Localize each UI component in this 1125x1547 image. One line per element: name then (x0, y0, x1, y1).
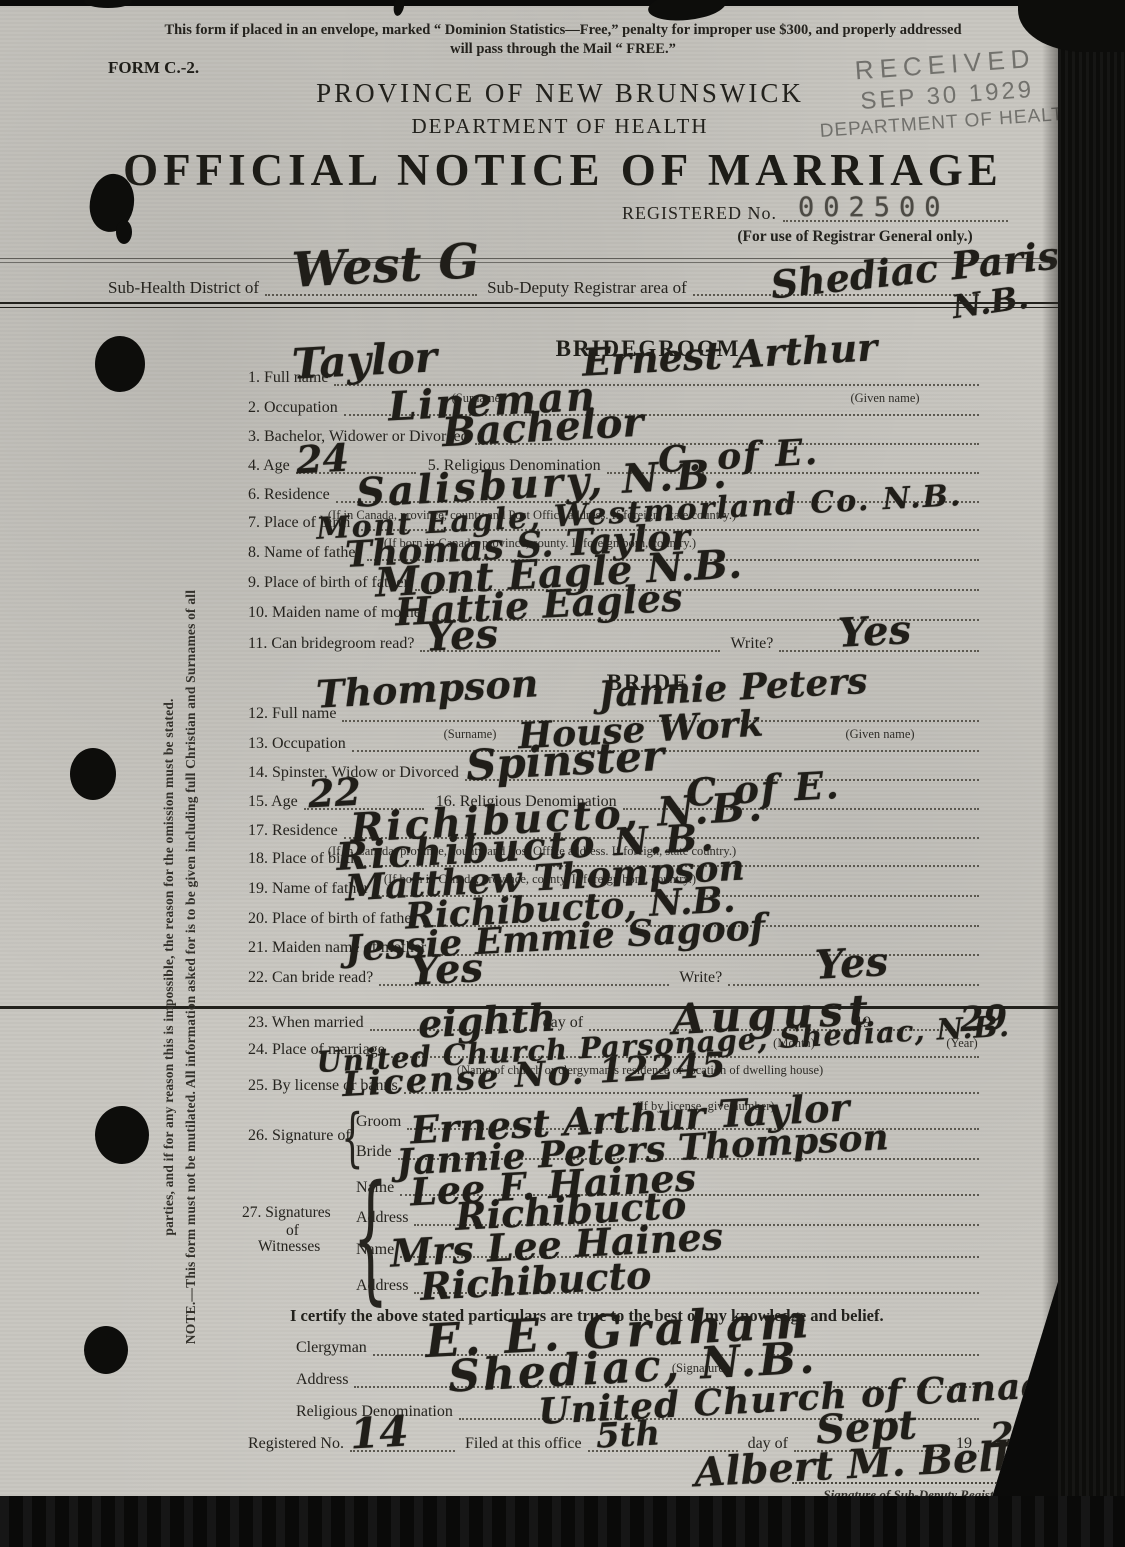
mail-notice-line2: will pass through the Mail “ FREE.” (450, 41, 676, 58)
registrar-only-note: (For use of Registrar General only.) (737, 228, 972, 246)
mail-notice-line1: This form if placed in an envelope, mark… (164, 22, 961, 39)
field-label: 23. When married (248, 1015, 364, 1033)
witnesses-label-line1: 27. Signatures (242, 1204, 331, 1222)
name-label: Name (356, 1242, 394, 1260)
document-title: OFFICIAL NOTICE OF MARRIAGE (123, 144, 1003, 196)
field-label: 3. Bachelor, Widower or Divorced (248, 429, 469, 447)
field-label: 15. Age (248, 794, 298, 812)
sub-deputy-area-label: Sub-Deputy Registrar area of (487, 279, 687, 298)
clergyman-label: Clergyman (296, 1340, 367, 1358)
ink-blot (116, 220, 132, 244)
province-title: PROVINCE OF NEW BRUNSWICK (316, 78, 804, 109)
handwriting-bg-status: Bachelor (441, 403, 644, 453)
rule-line (0, 302, 1058, 304)
handwriting-registered-no: 14 (349, 1410, 410, 1455)
name-label: Name (356, 1180, 394, 1198)
sub-health-district-label: Sub-Health District of (108, 279, 259, 298)
punch-hole (95, 336, 145, 392)
scan-edge-bottom (0, 1496, 1125, 1547)
field-label: 13. Occupation (248, 736, 346, 754)
registered-label: Registered No. (248, 1436, 344, 1454)
handwriting-br-can-read: Yes (409, 948, 484, 992)
margin-note-line1: NOTE.—This form must not be mutilated. A… (180, 546, 202, 1388)
margin-note: parties, and if for any reason this is i… (158, 546, 204, 1388)
registered-no-label: REGISTERED No. (622, 204, 777, 224)
handwriting-bg-can-read: Yes (424, 614, 499, 658)
punch-hole (84, 1326, 128, 1374)
handwriting-br-can-write: Yes (814, 942, 889, 986)
paper-edge-shadow (1042, 6, 1058, 1496)
field-label: 4. Age (248, 458, 290, 476)
department-title: DEPARTMENT OF HEALTH (412, 114, 709, 139)
handwriting-br-status: Spinster (465, 735, 665, 787)
punch-hole (70, 748, 116, 800)
groom-label: Groom (356, 1114, 401, 1132)
handwriting-witness2-address: Richibucto (419, 1256, 652, 1306)
handwriting-bg-age: 24 (295, 439, 350, 480)
margin-note-line2: parties, and if for any reason this is i… (158, 546, 180, 1388)
handwriting-bg-surname: Taylor (291, 336, 438, 386)
handwriting-bg-can-write: Yes (837, 610, 912, 654)
handwriting-br-surname: Thompson (315, 664, 539, 714)
field-label: 2. Occupation (248, 400, 338, 418)
handwriting-filed-day: 5th (595, 1416, 661, 1453)
registered-no-value: 002500 (798, 194, 950, 221)
scanned-document: This form if placed in an envelope, mark… (0, 0, 1125, 1547)
field-label: 17. Residence (248, 823, 338, 841)
field-label: 11. Can bridegroom read? (248, 636, 414, 654)
field-label: 6. Residence (248, 487, 330, 505)
field-label: 22. Can bride read? (248, 970, 373, 988)
rule-line (0, 307, 1058, 308)
signature-of-label: 26. Signature of (248, 1128, 351, 1146)
address-label: Address (356, 1210, 408, 1228)
field-label: Write? (730, 636, 773, 654)
filed-label: Filed at this office (465, 1436, 582, 1454)
address-label: Address (356, 1278, 408, 1296)
scan-edge-right (1058, 0, 1125, 1547)
sub-health-district-value: West G (291, 237, 481, 295)
witnesses-label-line3: Witnesses (258, 1238, 320, 1256)
punch-hole (95, 1106, 149, 1164)
paper: This form if placed in an envelope, mark… (0, 6, 1058, 1496)
field-label: Write? (679, 970, 722, 988)
form-number: FORM C.-2. (108, 58, 199, 78)
address-label: Address (296, 1372, 348, 1390)
